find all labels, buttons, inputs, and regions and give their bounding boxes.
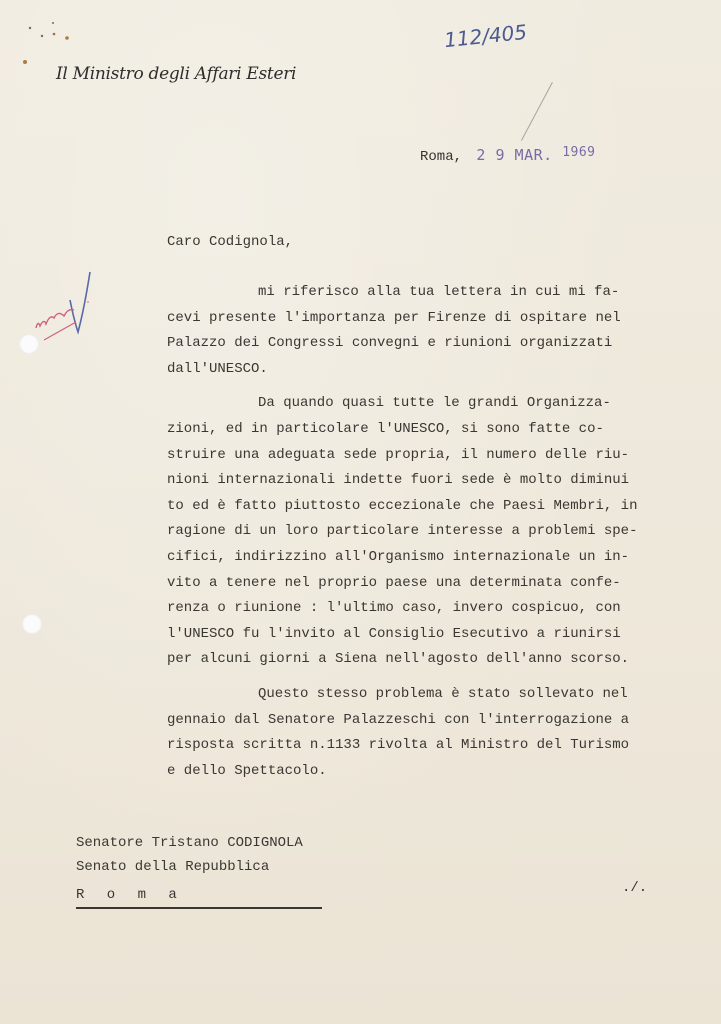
recipient-address: Senatore Tristano CODIGNOLA Senato della… [76,831,322,909]
paragraph-2: Da quando quasi tutte le grandi Organizz… [167,391,667,673]
continuation-mark: ./. [622,880,647,896]
text-line: Questo stesso problema è stato sollevato… [167,682,667,708]
place: Roma, [420,149,462,165]
date-stamp: 2 9 MAR. 1969 [476,146,595,164]
recipient-city: R o m a [76,883,322,909]
stain-marks [20,18,80,68]
salutation: Caro Codignola, [167,234,293,250]
text-line: ragione di un loro particolare interesse… [167,519,667,545]
text-line: vito a tenere nel proprio paese una dete… [167,571,667,597]
letterhead: Il Ministro degli Affari Esteri [56,64,296,84]
text-line: nioni internazionali indette fuori sede … [167,468,667,494]
text-line: l'UNESCO fu l'invito al Consiglio Esecut… [167,622,667,648]
recipient-institution: Senato della Repubblica [76,855,322,879]
text-line: cevi presente l'importanza per Firenze d… [167,306,667,332]
text-line: zioni, ed in particolare l'UNESCO, si so… [167,417,667,443]
punch-hole [22,614,42,634]
text-line: Palazzo dei Congressi convegni e riunion… [167,331,667,357]
text-line: e dello Spettacolo. [167,759,667,785]
letter-body: mi riferisco alla tua lettera in cui mi … [167,280,667,793]
text-line: to ed è fatto piuttosto eccezionale che … [167,494,667,520]
handwritten-initials-icon [30,270,100,350]
text-line: cifici, indirizzino all'Organismo intern… [167,545,667,571]
paragraph-1: mi riferisco alla tua lettera in cui mi … [167,280,667,382]
date-stamp-day-month: 2 9 MAR. [476,146,552,164]
text-line: dall'UNESCO. [167,357,667,383]
paragraph-3: Questo stesso problema è stato sollevato… [167,682,667,784]
punch-hole [19,334,39,354]
recipient-name: Senatore Tristano CODIGNOLA [76,831,322,855]
text-line: mi riferisco alla tua lettera in cui mi … [167,280,667,306]
text-line: gennaio dal Senatore Palazzeschi con l'i… [167,708,667,734]
place-date: Roma, 2 9 MAR. 1969 [420,146,596,165]
text-line: struire una adeguata sede propria, il nu… [167,443,667,469]
text-line: per alcuni giorni a Siena nell'agosto de… [167,647,667,673]
date-stamp-year: 1969 [562,145,595,160]
text-line: Da quando quasi tutte le grandi Organizz… [167,391,667,417]
text-line: renza o riunione : l'ultimo caso, invero… [167,596,667,622]
text-line: risposta scritta n.1133 rivolta al Minis… [167,733,667,759]
